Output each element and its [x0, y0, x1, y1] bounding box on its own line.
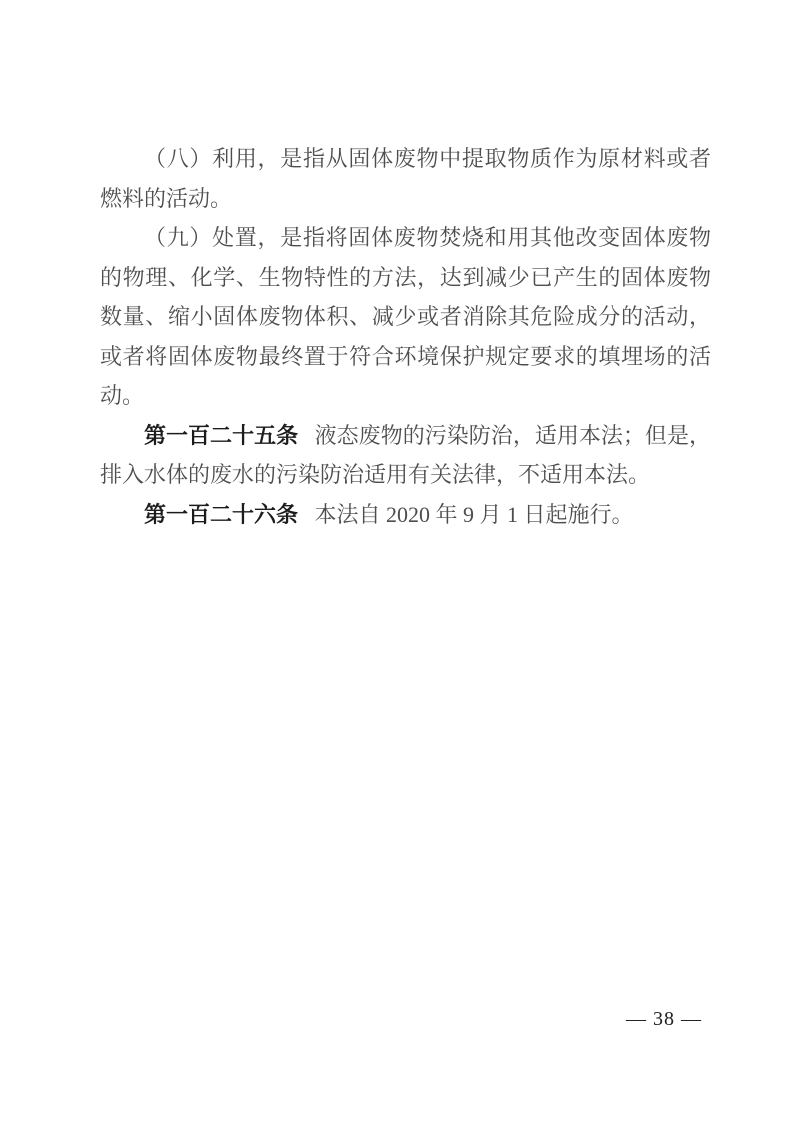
article-126: 第一百二十六条本法自 2020 年 9 月 1 日起施行。	[100, 495, 711, 535]
article-126-text: 本法自 2020 年 9 月 1 日起施行。	[315, 502, 634, 527]
definition-item-8: （八）利用，是指从固体废物中提取物质作为原材料或者燃料的活动。	[100, 139, 711, 218]
article-125: 第一百二十五条液态废物的污染防治，适用本法；但是，排入水体的废水的污染防治适用有…	[100, 416, 711, 495]
article-126-number: 第一百二十六条	[144, 502, 298, 527]
document-body: （八）利用，是指从固体废物中提取物质作为原材料或者燃料的活动。 （九）处置，是指…	[100, 139, 711, 534]
definition-item-9: （九）处置，是指将固体废物焚烧和用其他改变固体废物的物理、化学、生物特性的方法，…	[100, 218, 711, 416]
page-number: — 38 —	[626, 1008, 702, 1030]
document-page: （八）利用，是指从固体废物中提取物质作为原材料或者燃料的活动。 （九）处置，是指…	[0, 0, 793, 1122]
page-footer: — 38 —	[626, 1008, 702, 1031]
definition-item-8-text: （八）利用，是指从固体废物中提取物质作为原材料或者燃料的活动。	[100, 146, 711, 211]
article-125-number: 第一百二十五条	[144, 423, 298, 448]
definition-item-9-text: （九）处置，是指将固体废物焚烧和用其他改变固体废物的物理、化学、生物特性的方法，…	[100, 225, 711, 408]
